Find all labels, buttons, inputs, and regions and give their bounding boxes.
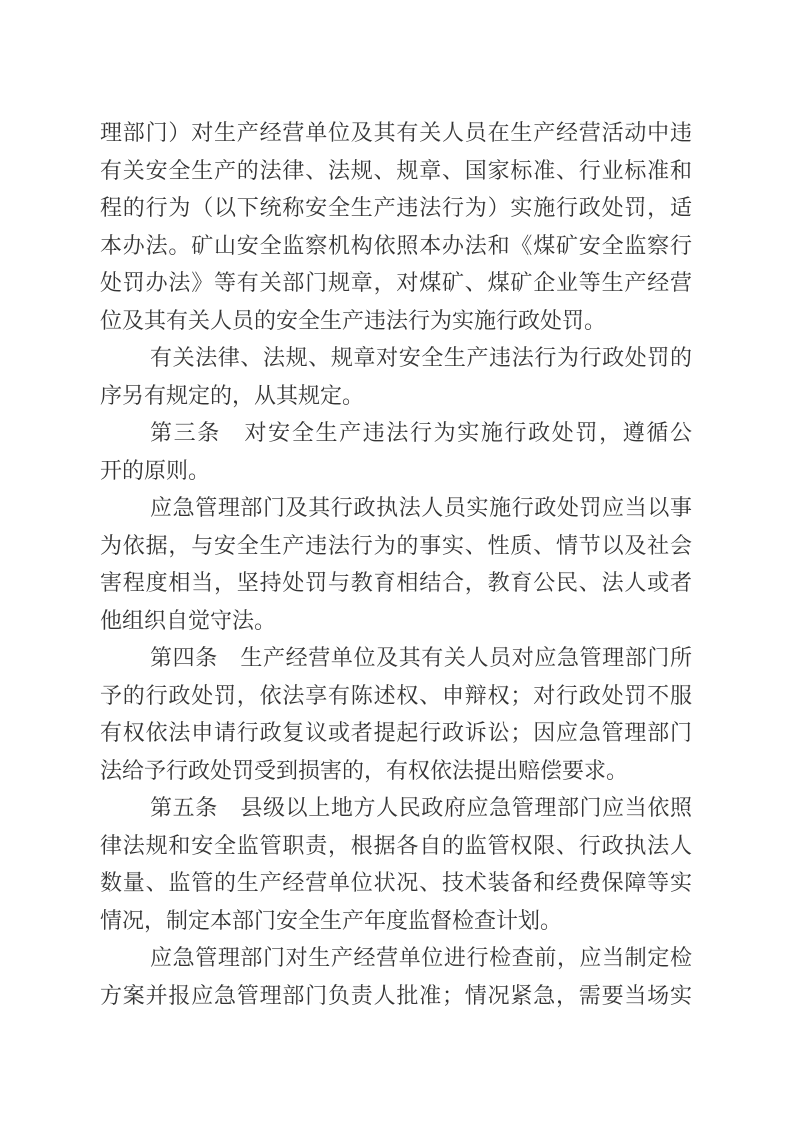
text-line: 理部门）对生产经营单位及其有关人员在生产经营活动中违反: [100, 114, 692, 152]
text-line: 方案并报应急管理部门负责人批准；情况紧急，需要当场实施: [100, 977, 692, 1015]
text-line: 律法规和安全监管职责，根据各自的监管权限、行政执法人员: [100, 827, 692, 865]
text-line: 予的行政处罚，依法享有陈述权、申辩权；对行政处罚不服的，: [100, 677, 692, 715]
text-line: 第五条 县级以上地方人民政府应急管理部门应当依照法: [100, 789, 692, 827]
text-line: 开的原则。: [100, 452, 692, 490]
text-line: 位及其有关人员的安全生产违法行为实施行政处罚。: [100, 302, 692, 340]
text-line: 序另有规定的，从其规定。: [100, 377, 692, 415]
text-line: 处罚办法》等有关部门规章，对煤矿、煤矿企业等生产经营单: [100, 264, 692, 302]
text-line: 第四条 生产经营单位及其有关人员对应急管理部门所给: [100, 639, 692, 677]
text-line: 有关安全生产的法律、法规、规章、国家标准、行业标准和规: [100, 152, 692, 190]
text-line: 程的行为（以下统称安全生产违法行为）实施行政处罚，适用: [100, 189, 692, 227]
document-page: 理部门）对生产经营单位及其有关人员在生产经营活动中违反 有关安全生产的法律、法规…: [0, 0, 793, 1122]
text-line: 情况，制定本部门安全生产年度监督检查计划。: [100, 902, 692, 940]
text-line: 第三条 对安全生产违法行为实施行政处罚，遵循公正、公: [100, 414, 692, 452]
text-line: 他组织自觉守法。: [100, 602, 692, 640]
text-line: 应急管理部门及其行政执法人员实施行政处罚应当以事实: [100, 489, 692, 527]
document-body: 理部门）对生产经营单位及其有关人员在生产经营活动中违反 有关安全生产的法律、法规…: [100, 114, 692, 1014]
text-line: 为依据，与安全生产违法行为的事实、性质、情节以及社会危: [100, 527, 692, 565]
text-line: 数量、监管的生产经营单位状况、技术装备和经费保障等实际: [100, 864, 692, 902]
text-line: 法给予行政处罚受到损害的，有权依法提出赔偿要求。: [100, 752, 692, 790]
text-line: 本办法。矿山安全监察机构依照本办法和《煤矿安全监察行政: [100, 227, 692, 265]
text-line: 有关法律、法规、规章对安全生产违法行为行政处罚的程: [100, 339, 692, 377]
text-line: 害程度相当，坚持处罚与教育相结合，教育公民、法人或者其: [100, 564, 692, 602]
text-line: 有权依法申请行政复议或者提起行政诉讼；因应急管理部门违: [100, 714, 692, 752]
text-line: 应急管理部门对生产经营单位进行检查前，应当制定检查: [100, 939, 692, 977]
